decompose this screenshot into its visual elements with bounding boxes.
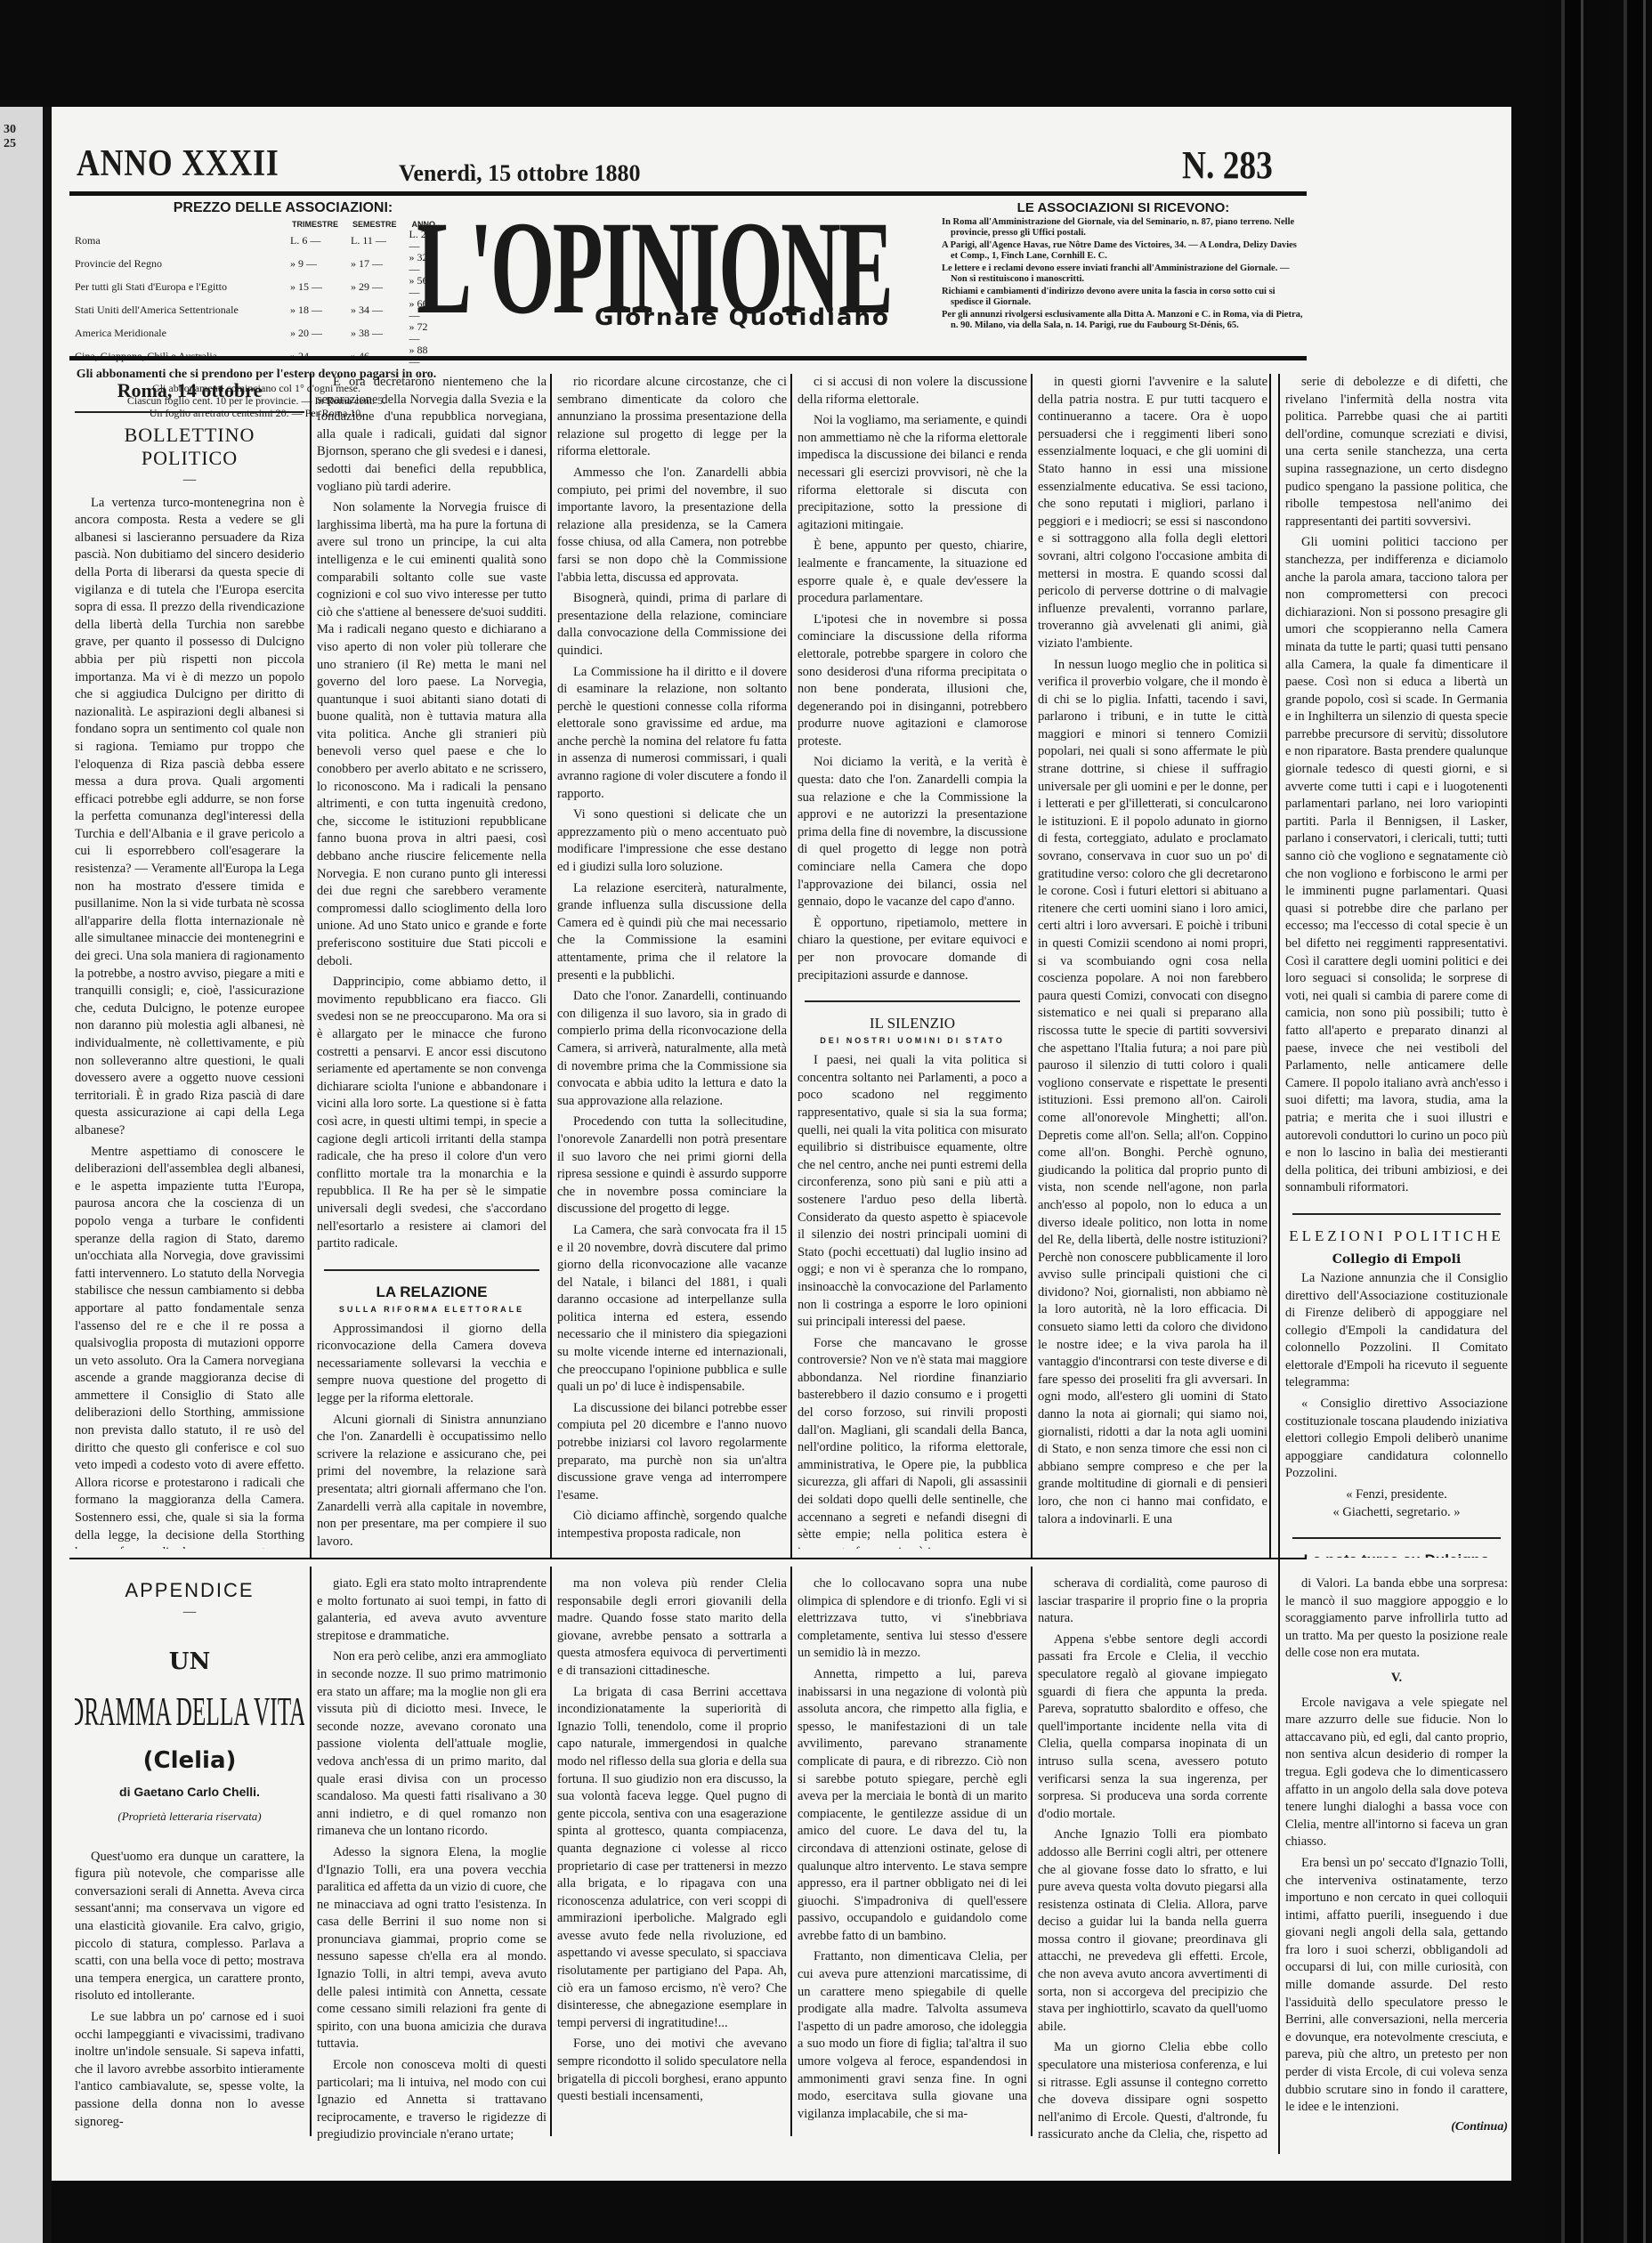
column-rule (310, 1567, 312, 2136)
column-rule (1278, 374, 1280, 2154)
column-6: serie di debolezze e di difetti, che riv… (1285, 374, 1508, 1558)
office-line: Per gli annunzi rivolgersi esclusivament… (942, 310, 1305, 331)
price-row: Per tutti gli Stati d'Europa e l'Egitto»… (69, 275, 443, 298)
paragraph: giato. Egli era stato molto intraprenden… (317, 1575, 547, 1645)
price-row: RomaL. 6 —L. 11 —L. 20 — (69, 229, 443, 252)
column-4: ci si accusi di non volere la discussion… (798, 374, 1027, 1549)
binding-edge (1545, 0, 1652, 2243)
price-value: L. 6 — (285, 229, 345, 252)
price-value: » 38 — (345, 321, 404, 344)
paragraph: rio ricordare alcune circostanze, che ci… (557, 374, 787, 461)
margin-fragment: 30 (4, 123, 16, 137)
paragraph: È opportuno, ripetiamolo, mettere in chi… (798, 915, 1027, 984)
subscription-title: PREZZO DELLE ASSOCIAZIONI: (123, 200, 443, 216)
paragraph: di Valori. La banda ebbe una sorpresa: l… (1285, 1575, 1508, 1663)
serial-title: DRAMMA DELLA VITA ROMANA (75, 1688, 304, 1735)
serial-author: di Gaetano Carlo Chelli. (75, 1785, 304, 1799)
price-row: America Meridionale» 20 —» 38 —» 72 — (69, 321, 443, 344)
paragraph: Noi la vogliamo, ma seriamente, e quindi… (798, 412, 1027, 534)
paragraph: La discussione dei bilanci potrebbe esse… (557, 1400, 787, 1505)
price-value: » 18 — (285, 298, 345, 321)
column-rule (1269, 374, 1271, 1558)
section-title: BOLLETTINO POLITICO (75, 424, 304, 470)
article-subtitle: DEI NOSTRI UOMINI DI STATO (798, 1036, 1027, 1045)
divider (75, 411, 304, 413)
issue-date: Venerdì, 15 ottobre 1880 (399, 160, 641, 187)
serial-subtitle: (Clelia) (75, 1747, 304, 1774)
subscription-offices: LE ASSOCIAZIONI SI RICEVONO: In Roma all… (942, 200, 1305, 333)
paragraph: Appena s'ebbe sentore degli accordi pass… (1038, 1632, 1267, 1824)
article-subtitle: Collegio di Empoli (1285, 1252, 1508, 1267)
appendix-column-4: che lo collocavano sopra una nube olimpi… (798, 1575, 1027, 2145)
office-line: Le lettere e i reclami devono essere inv… (942, 263, 1305, 285)
office-line: Richiami e cambiamenti d'indirizzo devon… (942, 287, 1305, 308)
appendix-column-6: di Valori. La banda ebbe una sorpresa: l… (1285, 1575, 1508, 2145)
paragraph: La Nazione annunzia che il Consiglio dir… (1285, 1270, 1508, 1392)
column-rule (1031, 1567, 1032, 2136)
paragraph: Annetta, rimpetto a lui, pareva inabissa… (798, 1666, 1027, 1946)
dateline: Roma, 14 ottobre (75, 379, 304, 402)
appendix-column-1: APPENDICE — UN DRAMMA DELLA VITA ROMANA … (75, 1575, 304, 2145)
appendix-column-2: giato. Egli era stato molto intraprenden… (317, 1575, 547, 2145)
paragraph: Noi diciamo la verità, e la verità è que… (798, 754, 1027, 911)
paragraph: Procedendo con tutta la sollecitudine, l… (557, 1113, 787, 1219)
price-value: L. 11 — (345, 229, 404, 252)
rights-notice: (Proprietà letteraria riservata) (75, 1810, 304, 1824)
signature: « Fenzi, presidente. (1285, 1486, 1508, 1504)
column-rule (550, 1567, 552, 2136)
paragraph: Ammesso che l'on. Zanardelli abbia compi… (557, 465, 787, 587)
appendix-rule (69, 1558, 1307, 1559)
paragraph: La vertenza turco-montenegrina non è anc… (75, 495, 304, 1140)
volume-label: ANNO XXXII (77, 142, 279, 185)
appendix-column-5: scherava di cordialità, come pauroso di … (1038, 1575, 1267, 2145)
paragraph: Forse che mancavano le grosse controvers… (798, 1335, 1027, 1549)
price-region: Provincie del Regno (69, 252, 285, 275)
article-title: LA RELAZIONE (317, 1283, 547, 1301)
column-rule (550, 374, 552, 1558)
paragraph: Ercole navigava a vele spiegate nel mare… (1285, 1695, 1508, 1851)
column-rule (310, 374, 312, 1558)
office-line: A Parigi, all'Agence Havas, rue Nôtre Da… (942, 240, 1305, 262)
column-2: E ora decretarono nientemeno che la sepa… (317, 374, 547, 1549)
price-value: » 15 — (285, 275, 345, 298)
appendix-label: APPENDICE (75, 1579, 304, 1602)
margin-fragment: 25 (4, 137, 16, 151)
price-col-header: SEMESTRE (345, 220, 404, 229)
column-3: rio ricordare alcune circostanze, che ci… (557, 374, 787, 1549)
paragraph: E ora decretarono nientemeno che la sepa… (317, 374, 547, 496)
paragraph: Adesso la signora Elena, la moglie d'Ign… (317, 1844, 547, 2053)
price-region: Roma (69, 229, 285, 252)
paragraph: Forse, uno dei motivi che avevano sempre… (557, 2036, 787, 2105)
paragraph: Dapprincipio, come abbiamo detto, il mov… (317, 974, 547, 1253)
price-row: Provincie del Regno» 9 —» 17 —» 32 — (69, 252, 443, 275)
paragraph: che lo collocavano sopra una nube olimpi… (798, 1575, 1027, 1663)
adjacent-page-strip: 30 25 (0, 107, 52, 2243)
price-value: » 17 — (345, 252, 404, 275)
article-title: La nota turca su Dulcigno (1285, 1551, 1508, 1558)
paragraph: La relazione eserciterà, naturalmente, g… (557, 880, 787, 985)
paragraph: Mentre aspettiamo di conoscere le delibe… (75, 1144, 304, 1549)
price-row: Stati Uniti dell'America Settentrionale»… (69, 298, 443, 321)
offices-title: LE ASSOCIAZIONI SI RICEVONO: (942, 200, 1305, 215)
masthead: ANNO XXXII Venerdì, 15 ottobre 1880 N. 2… (52, 107, 1511, 347)
article-columns: Roma, 14 ottobre BOLLETTINO POLITICO — L… (69, 374, 1307, 2172)
issue-number: N. 283 (1182, 142, 1273, 188)
divider: — (75, 472, 304, 490)
paragraph: ci si accusi di non volere la discussion… (798, 374, 1027, 409)
divider: — (75, 1604, 304, 1622)
paragraph: Anche Ignazio Tolli era piombato addosso… (1038, 1826, 1267, 2036)
paragraph: scherava di cordialità, come pauroso di … (1038, 1575, 1267, 1628)
paragraph: In nessun luogo meglio che in politica s… (1038, 657, 1267, 1529)
paragraph: Dato che l'onor. Zanardelli, continuando… (557, 988, 787, 1110)
appendix-column-3: ma non voleva più render Clelia responsa… (557, 1575, 787, 2145)
paragraph: Non era però celibe, anzi era ammogliato… (317, 1648, 547, 1841)
paragraph: in questi giorni l'avvenire e la salute … (1038, 374, 1267, 653)
paragraph: Quest'uomo era dunque un carattere, la f… (75, 1849, 304, 2005)
price-value: » 9 — (285, 252, 345, 275)
article-title: IL SILENZIO (798, 1015, 1027, 1032)
divider (805, 1000, 1020, 1002)
paragraph: Alcuni giornali di Sinistra annunziano c… (317, 1412, 547, 1549)
paragraph: Le sue labbra un po' carnose ed i suoi o… (75, 2009, 304, 2131)
masthead-rule (69, 356, 1307, 360)
paragraph: L'ipotesi che in novembre si possa comin… (798, 611, 1027, 751)
price-region: Per tutti gli Stati d'Europa e l'Egitto (69, 275, 285, 298)
paragraph: Approssimandosi il giorno della riconvoc… (317, 1321, 547, 1408)
paragraph: Vi sono questioni si delicate che un app… (557, 806, 787, 876)
paragraph: È bene, appunto per questo, chiarire, le… (798, 538, 1027, 607)
paragraph: Frattanto, non dimenticava Clelia, per c… (798, 1948, 1027, 2123)
price-region: Stati Uniti dell'America Settentrionale (69, 298, 285, 321)
paragraph: serie di debolezze e di difetti, che riv… (1285, 374, 1508, 530)
divider (1292, 1537, 1501, 1539)
paragraph: Ma un giorno Clelia ebbe collo speculato… (1038, 2039, 1267, 2145)
column-5: in questi giorni l'avvenire e la salute … (1038, 374, 1267, 1549)
divider (324, 1269, 539, 1271)
divider (1292, 1213, 1501, 1215)
paragraph: I paesi, nei quali la vita politica si c… (798, 1052, 1027, 1332)
price-table: TRIMESTRE SEMESTRE ANNO RomaL. 6 —L. 11 … (69, 220, 443, 368)
paragraph: Ercole non conosceva molti di questi par… (317, 2057, 547, 2144)
paragraph: La brigata di casa Berrini accettava inc… (557, 1684, 787, 2033)
continued-marker: (Continua) (1285, 2120, 1508, 2134)
column-rule (790, 1567, 792, 2136)
chapter-number: V. (1285, 1670, 1508, 1688)
price-value: » 20 — (285, 321, 345, 344)
price-region: America Meridionale (69, 321, 285, 344)
signature: « Giachetti, segretario. » (1285, 1504, 1508, 1522)
paragraph: La Camera, che sarà convocata fra il 15 … (557, 1222, 787, 1397)
price-value: » 29 — (345, 275, 404, 298)
article-subtitle: SULLA RIFORMA ELETTORALE (317, 1305, 547, 1314)
paragraph: La Commissione ha il diritto e il dovere… (557, 664, 787, 804)
paragraph: Non solamente la Norvegia fruisce di lar… (317, 499, 547, 970)
newspaper-tagline: Giornale Quotidiano (595, 304, 890, 331)
office-line: In Roma all'Amministrazione del Giornale… (942, 217, 1305, 239)
paragraph: « Consiglio direttivo Associazione costi… (1285, 1396, 1508, 1483)
newspaper-page: ANNO XXXII Venerdì, 15 ottobre 1880 N. 2… (52, 107, 1511, 2181)
paragraph: Ciò diciamo affinchè, sorgendo qualche i… (557, 1508, 787, 1543)
article-title: ELEZIONI POLITICHE (1285, 1227, 1508, 1245)
paragraph: ma non voleva più render Clelia responsa… (557, 1575, 787, 1680)
paragraph: Era bensì un po' seccato d'Ignazio Tolli… (1285, 1855, 1508, 2117)
column-rule (790, 374, 792, 1558)
column-rule (1031, 374, 1032, 1558)
price-value: » 34 — (345, 298, 404, 321)
serial-kicker: UN (75, 1648, 304, 1675)
column-1: Roma, 14 ottobre BOLLETTINO POLITICO — L… (75, 374, 304, 1549)
price-col-header: TRIMESTRE (285, 220, 345, 229)
paragraph: Gli uomini politici tacciono per stanche… (1285, 534, 1508, 1197)
paragraph: Bisognerà, quindi, prima di parlare di p… (557, 590, 787, 660)
